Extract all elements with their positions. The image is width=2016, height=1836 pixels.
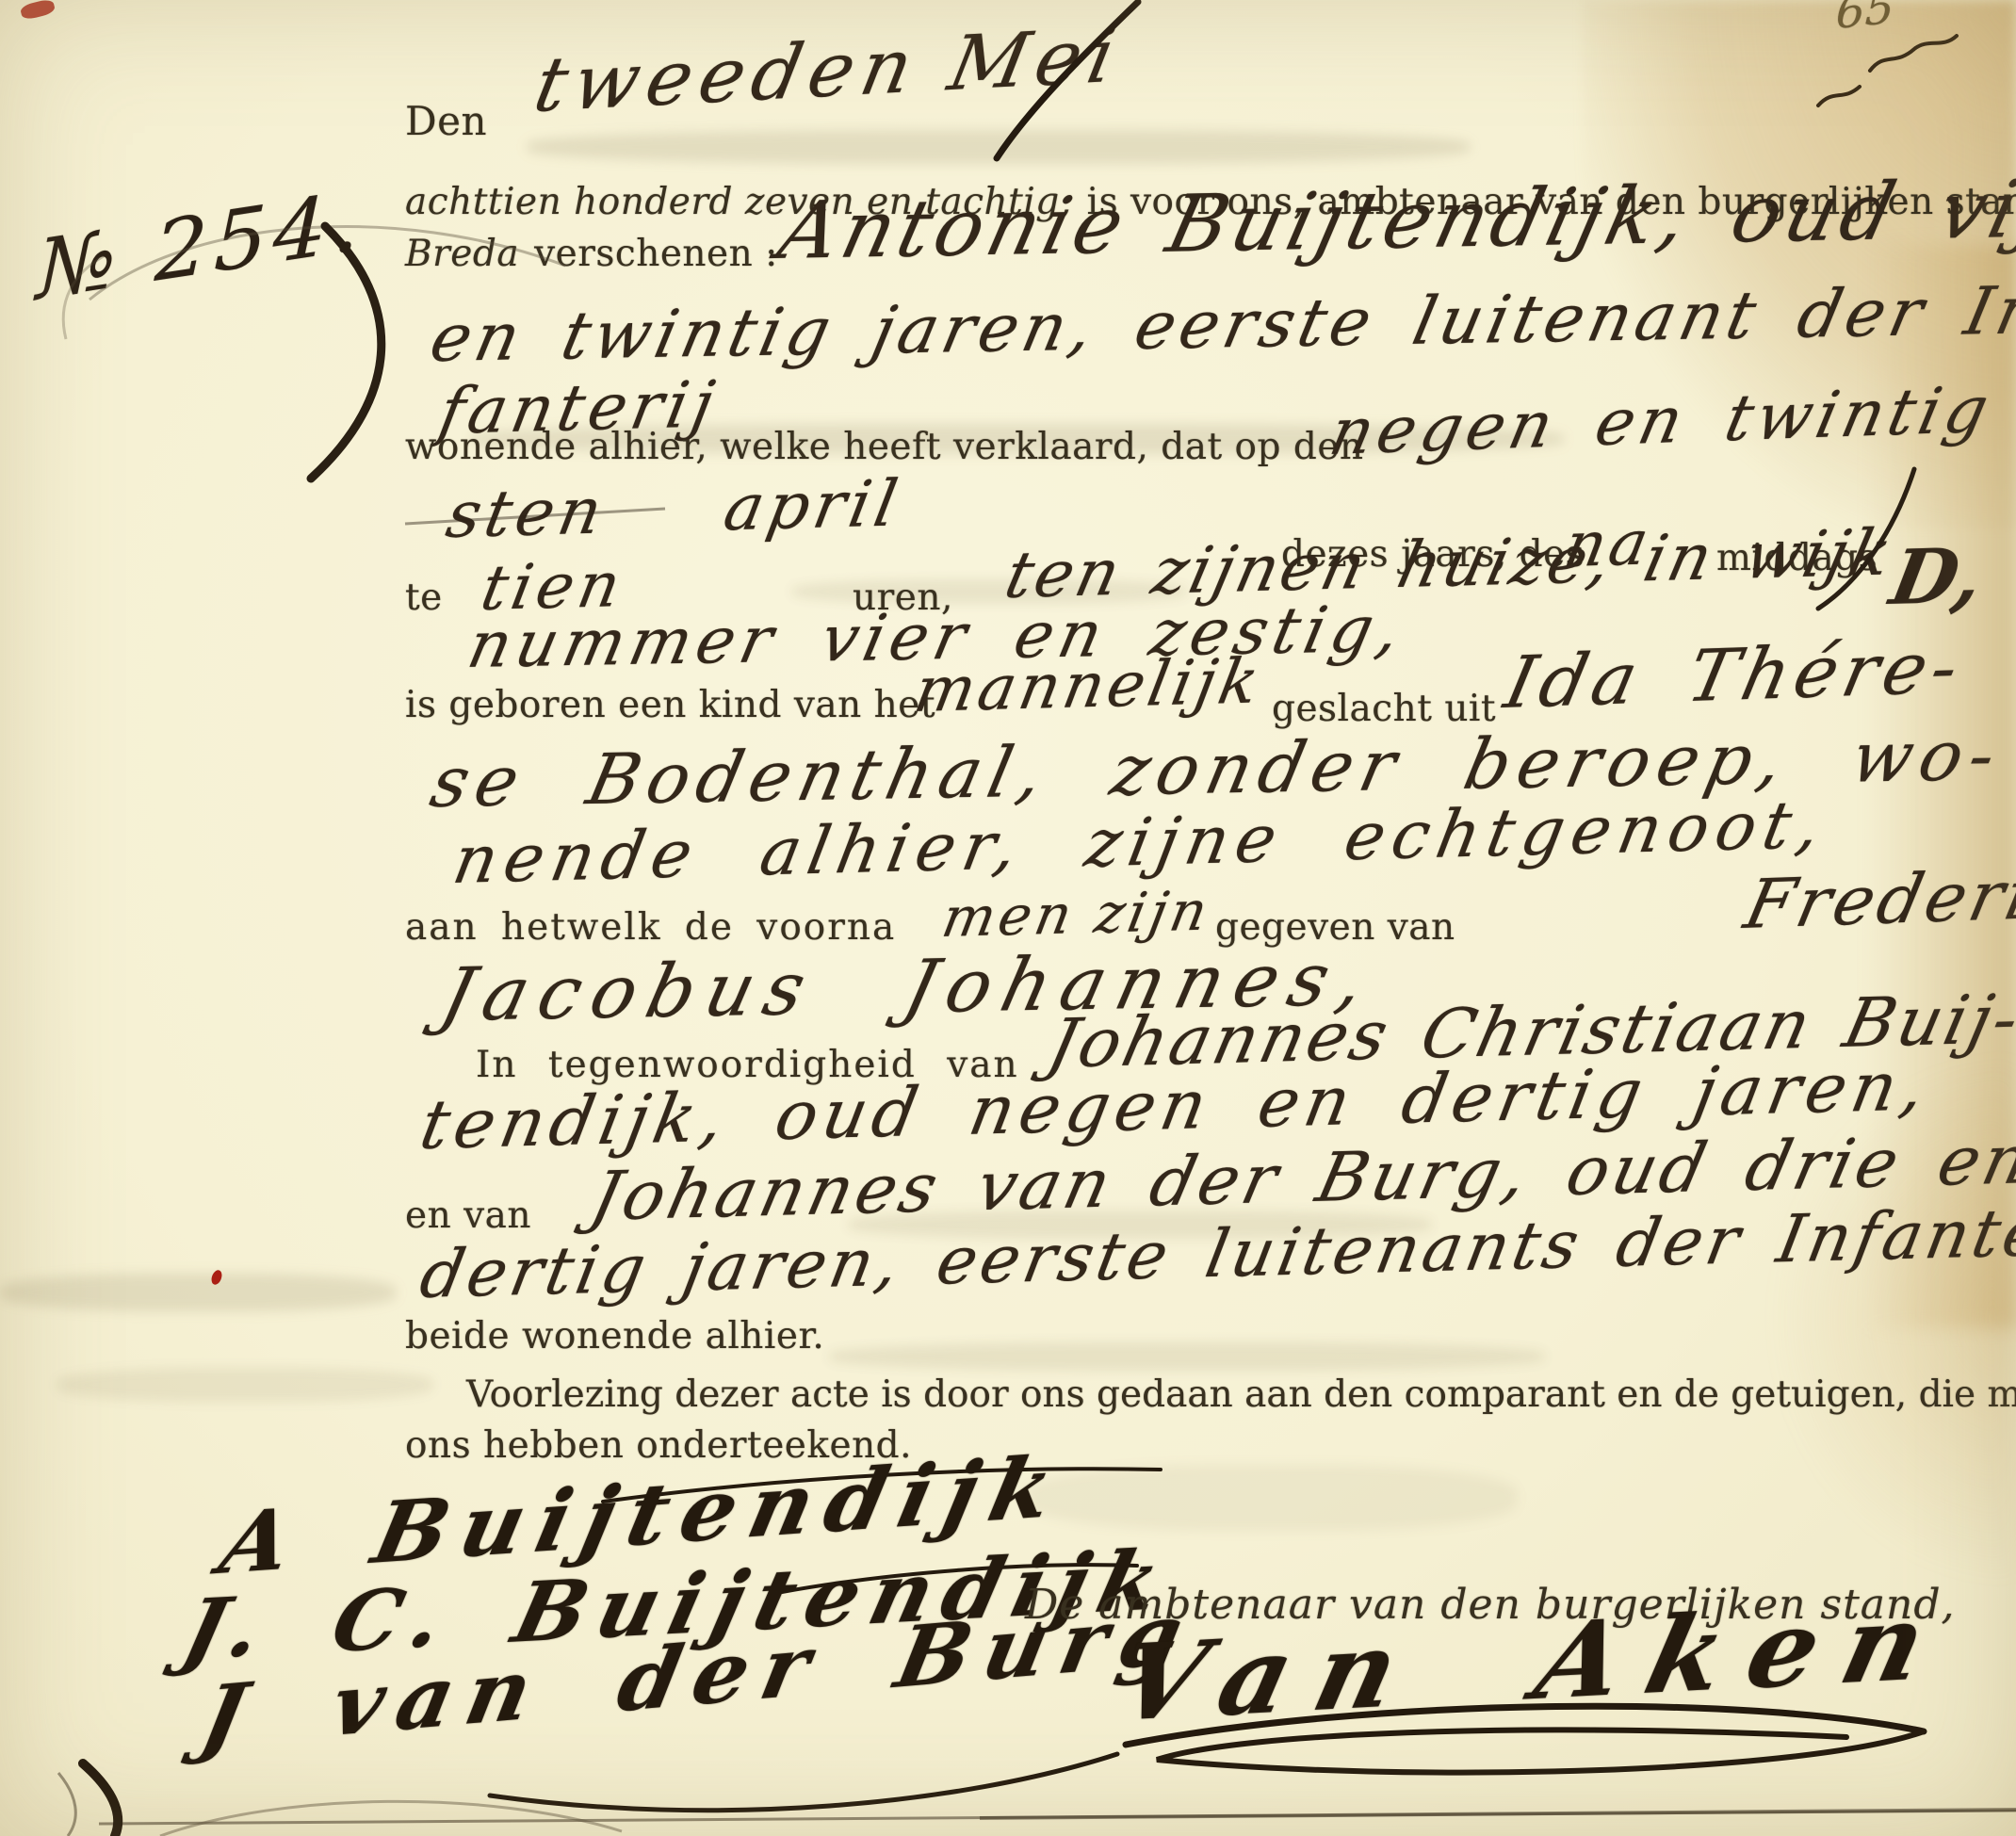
corner-squiggle-2 [1818, 87, 1860, 106]
next-entry-stroke-thin [58, 1773, 75, 1836]
printed-city-label: Breda [405, 233, 519, 275]
child-sex-script: mannelijk [909, 644, 1268, 726]
next-entry-stroke [83, 1763, 118, 1836]
printed-reading-phrase: Voorlezing dezer acte is door ons gedaan… [466, 1373, 2016, 1416]
printed-both-residing-label: beide wonende alhier. [405, 1315, 824, 1357]
bleedthrough-band [0, 1274, 396, 1311]
red-corner-mark [20, 0, 57, 21]
bleedthrough-band [528, 130, 1470, 164]
bleedthrough-band [829, 1342, 1545, 1371]
handwritten-date-day-month: tweeden Mei [528, 11, 1130, 129]
printed-den-label: Den [405, 98, 487, 144]
bottom-rule [99, 1811, 2016, 1824]
corner-squiggle-1 [1870, 36, 1957, 71]
printed-names-phrase: aan hetwelk de voorna [405, 906, 896, 949]
birth-day-script: negen en twintig [1324, 373, 1999, 470]
bleedthrough-band [57, 1368, 433, 1402]
next-entry-ellipse [160, 1801, 622, 1836]
bottom-rule-dark [980, 1810, 2016, 1818]
printed-child-born-phrase: is geboren een kind van het [405, 684, 935, 726]
act-number: № 254. [36, 172, 366, 318]
district-letter-script: D, [1884, 531, 1990, 622]
printed-en-van-label: en van [405, 1194, 531, 1237]
declarant-age-rank-script: en twintig jaren, eerste luitenant der I… [424, 271, 2016, 377]
printed-declaration-phrase: wonende alhier, welke heeft verklaard, d… [405, 426, 1364, 468]
printed-appeared-label: verschenen : [534, 233, 778, 275]
child-firstname-script: Frederik [1738, 853, 2016, 944]
declarant-name-script: Antonie Buijtendijk, oud vijf [771, 162, 2016, 277]
signature3-underline [490, 1754, 1117, 1811]
birth-certificate-page: 65 № 254. Den tweeden Mei achttien honde… [0, 0, 2016, 1836]
names-connector-script: men zijn [937, 879, 1216, 950]
mother-firstname-script: Ida Thére- [1498, 625, 1972, 724]
corner-number-annotation: 65 [1835, 0, 1895, 40]
birth-month-script: sten april [441, 467, 907, 553]
printed-te-label: te [405, 577, 443, 619]
bleedthrough-band [1027, 1465, 1517, 1531]
